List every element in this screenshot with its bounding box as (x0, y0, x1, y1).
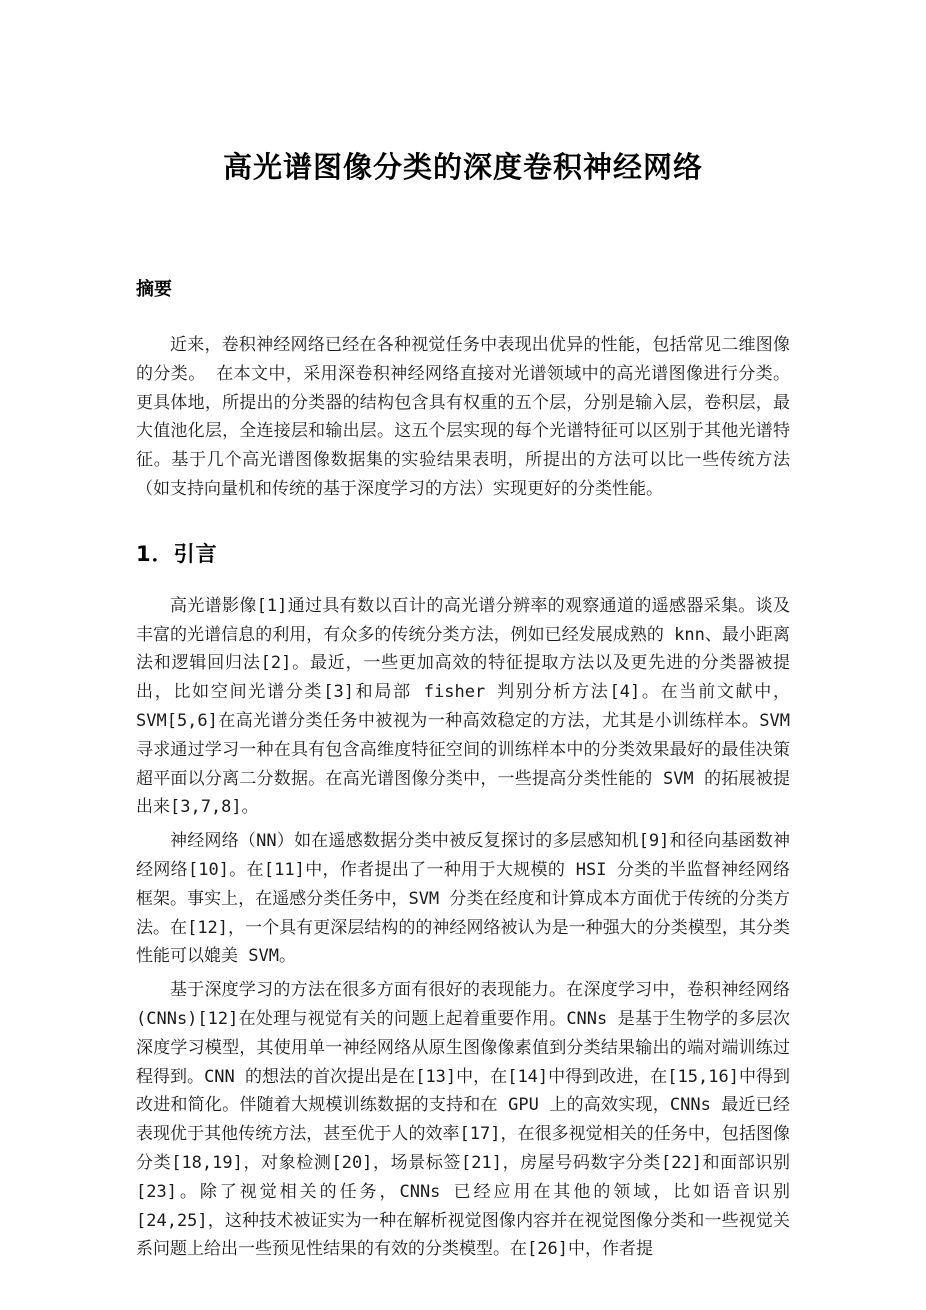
paper-title: 高光谱图像分类的深度卷积神经网络 (136, 0, 790, 187)
section-1-heading: 1．引言 (136, 539, 790, 569)
abstract-text: 近来，卷积神经网络已经在各种视觉任务中表现出优异的性能，包括常见二维图像的分类。… (136, 331, 790, 504)
introduction-section: 1．引言 高光谱影像[1]通过具有数以百计的高光谱分辨率的观察通道的遥感器采集。… (136, 539, 790, 1264)
intro-paragraph-2: 神经网络（NN）如在遥感数据分类中被反复探讨的多层感知机[9]和径向基函数神经网… (136, 827, 790, 971)
abstract-section: 摘要 近来，卷积神经网络已经在各种视觉任务中表现出优异的性能，包括常见二维图像的… (136, 277, 790, 504)
document-page: 高光谱图像分类的深度卷积神经网络 摘要 近来，卷积神经网络已经在各种视觉任务中表… (0, 0, 926, 1310)
intro-paragraph-1: 高光谱影像[1]通过具有数以百计的高光谱分辨率的观察通道的遥感器采集。谈及丰富的… (136, 592, 790, 822)
page-content: 高光谱图像分类的深度卷积神经网络 摘要 近来，卷积神经网络已经在各种视觉任务中表… (136, 0, 790, 1264)
abstract-heading: 摘要 (136, 277, 790, 303)
intro-paragraph-3: 基于深度学习的方法在很多方面有很好的表现能力。在深度学习中，卷积神经网络(CNN… (136, 976, 790, 1264)
